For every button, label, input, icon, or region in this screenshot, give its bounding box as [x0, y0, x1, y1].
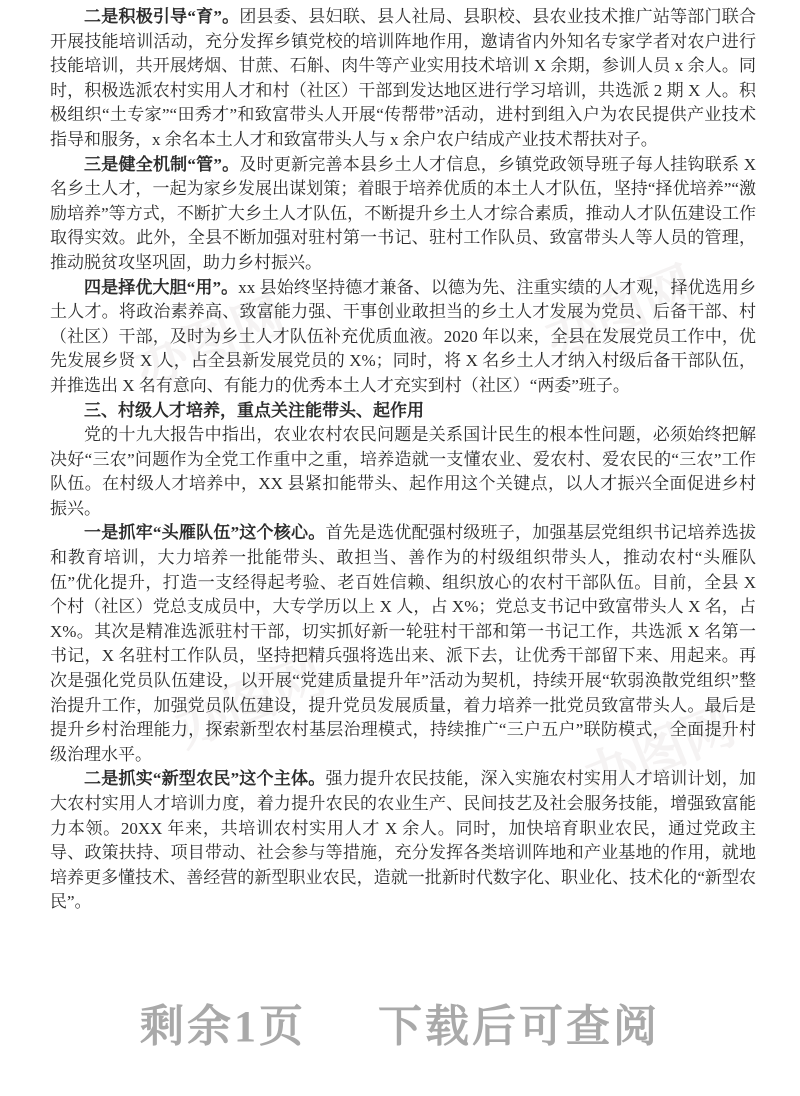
section-heading: 三、村级人才培养，重点关注能带头、起作用: [50, 399, 756, 424]
paragraph: 二是积极引导“育”。团县委、县妇联、县人社局、县职校、县农业技术推广站等部门联合…: [50, 5, 756, 153]
paragraph: 三是健全机制“管”。及时更新完善本县乡土人才信息，乡镇党政领导班子每人挂钩联系 …: [50, 153, 756, 276]
paragraph: 党的十九大报告中指出，农业农村农民问题是关系国计民生的根本性问题，必须始终把解决…: [50, 423, 756, 521]
paragraph-lead: 二是积极引导“育”。: [84, 7, 239, 26]
remaining-pages-text: 剩余1页: [140, 1002, 306, 1051]
remaining-pages-banner: 剩余1页 下载后可查阅: [0, 990, 800, 1054]
paragraph-lead: 一是抓牢“头雁队伍”这个核心。: [84, 523, 325, 542]
paragraph: 四是择优大胆“用”。xx 县始终坚持德才兼备、以德为先、注重实绩的人才观，择优选…: [50, 276, 756, 399]
document-page: 办图网 办图网 办图网 办图网 二是积极引导“育”。团县委、县妇联、县人社局、县…: [0, 0, 800, 1096]
download-note-text: 下载后可查阅: [378, 1002, 660, 1051]
paragraph-lead: 三是健全机制“管”。: [84, 155, 239, 174]
paragraph: 一是抓牢“头雁队伍”这个核心。首先是选优配强村级班子，加强基层党组织书记培养选拔…: [50, 521, 756, 767]
paragraph-lead: 二是抓实“新型农民”这个主体。: [84, 769, 325, 788]
paragraph: 二是抓实“新型农民”这个主体。强力提升农民技能，深入实施农村实用人才培训计划，加…: [50, 767, 756, 915]
paragraph-lead: 四是择优大胆“用”。: [84, 278, 238, 297]
document-content: 二是积极引导“育”。团县委、县妇联、县人社局、县职校、县农业技术推广站等部门联合…: [50, 5, 756, 915]
